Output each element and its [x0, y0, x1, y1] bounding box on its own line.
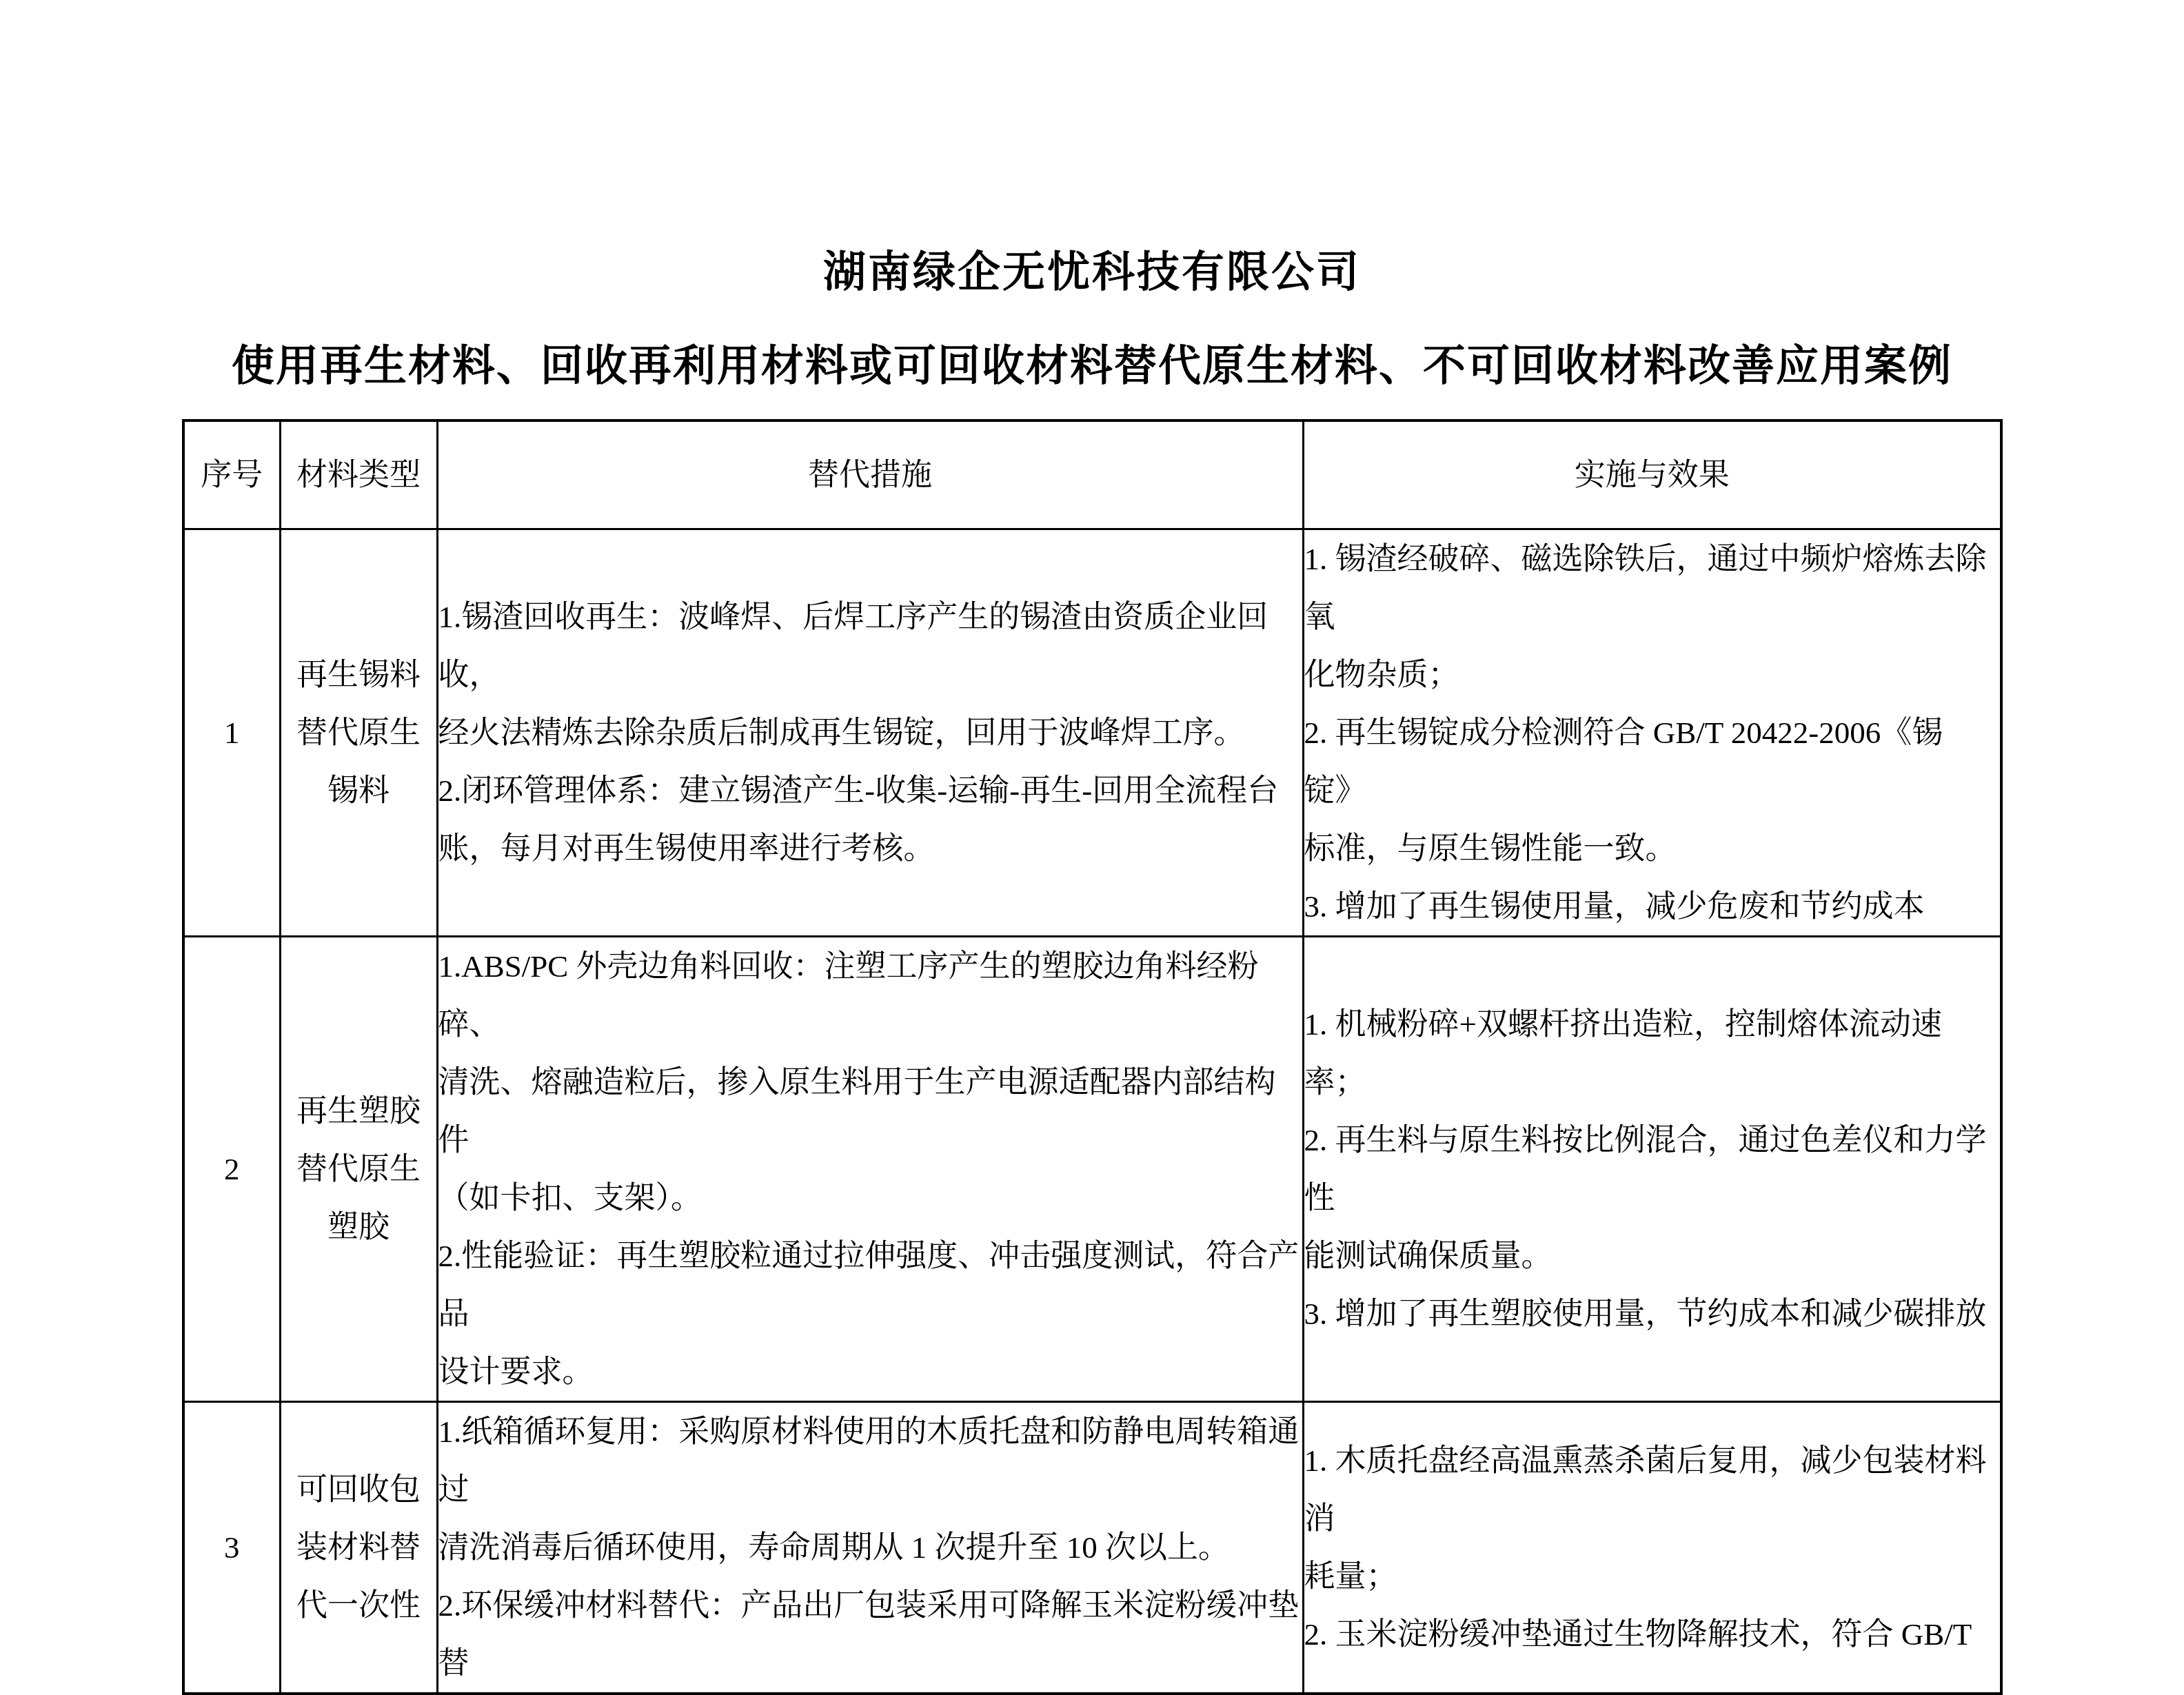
- table-header-row: 序号 材料类型 替代措施 实施与效果: [183, 420, 2001, 529]
- header-cell-measures: 替代措施: [437, 420, 1303, 529]
- table-row: 2 再生塑胶 替代原生 塑胶 1.ABS/PC 外壳边角料回收：注塑工序产生的塑…: [183, 936, 2001, 1401]
- header-cell-no: 序号: [183, 420, 280, 529]
- measures-cell: 1.锡渣回收再生：波峰焊、后焊工序产生的锡渣由资质企业回收， 经火法精炼去除杂质…: [437, 529, 1303, 936]
- cases-table: 序号 材料类型 替代措施 实施与效果 1 再生锡料 替代原生 锡料 1.锡渣回收…: [182, 419, 2003, 1695]
- row-number-cell: 3: [183, 1401, 280, 1694]
- table-row: 1 再生锡料 替代原生 锡料 1.锡渣回收再生：波峰焊、后焊工序产生的锡渣由资质…: [183, 529, 2001, 936]
- measures-cell: 1.ABS/PC 外壳边角料回收：注塑工序产生的塑胶边角料经粉碎、 清洗、熔融造…: [437, 936, 1303, 1401]
- effects-cell: 1. 锡渣经破碎、磁选除铁后，通过中频炉熔炼去除氧 化物杂质； 2. 再生锡锭成…: [1303, 529, 2001, 936]
- table-row: 3 可回收包 装材料替 代一次性 1.纸箱循环复用：采购原材料使用的木质托盘和防…: [183, 1401, 2001, 1694]
- header-cell-type: 材料类型: [280, 420, 437, 529]
- material-type-cell: 可回收包 装材料替 代一次性: [280, 1401, 437, 1694]
- material-type-cell: 再生锡料 替代原生 锡料: [280, 529, 437, 936]
- effects-cell: 1. 木质托盘经高温熏蒸杀菌后复用，减少包装材料消 耗量； 2. 玉米淀粉缓冲垫…: [1303, 1401, 2001, 1694]
- row-number-cell: 2: [183, 936, 280, 1401]
- material-type-cell: 再生塑胶 替代原生 塑胶: [280, 936, 437, 1401]
- effects-cell: 1. 机械粉碎+双螺杆挤出造粒，控制熔体流动速率； 2. 再生料与原生料按比例混…: [1303, 936, 2001, 1401]
- document-title: 湖南绿企无忧科技有限公司: [0, 245, 2184, 301]
- document-subtitle: 使用再生材料、回收再利用材料或可回收材料替代原生材料、不可回收材料改善应用案例: [0, 339, 2184, 394]
- measures-cell: 1.纸箱循环复用：采购原材料使用的木质托盘和防静电周转箱通过 清洗消毒后循环使用…: [437, 1401, 1303, 1694]
- document-page: 湖南绿企无忧科技有限公司 使用再生材料、回收再利用材料或可回收材料替代原生材料、…: [0, 0, 2184, 1687]
- row-number-cell: 1: [183, 529, 280, 936]
- header-cell-effects: 实施与效果: [1303, 420, 2001, 529]
